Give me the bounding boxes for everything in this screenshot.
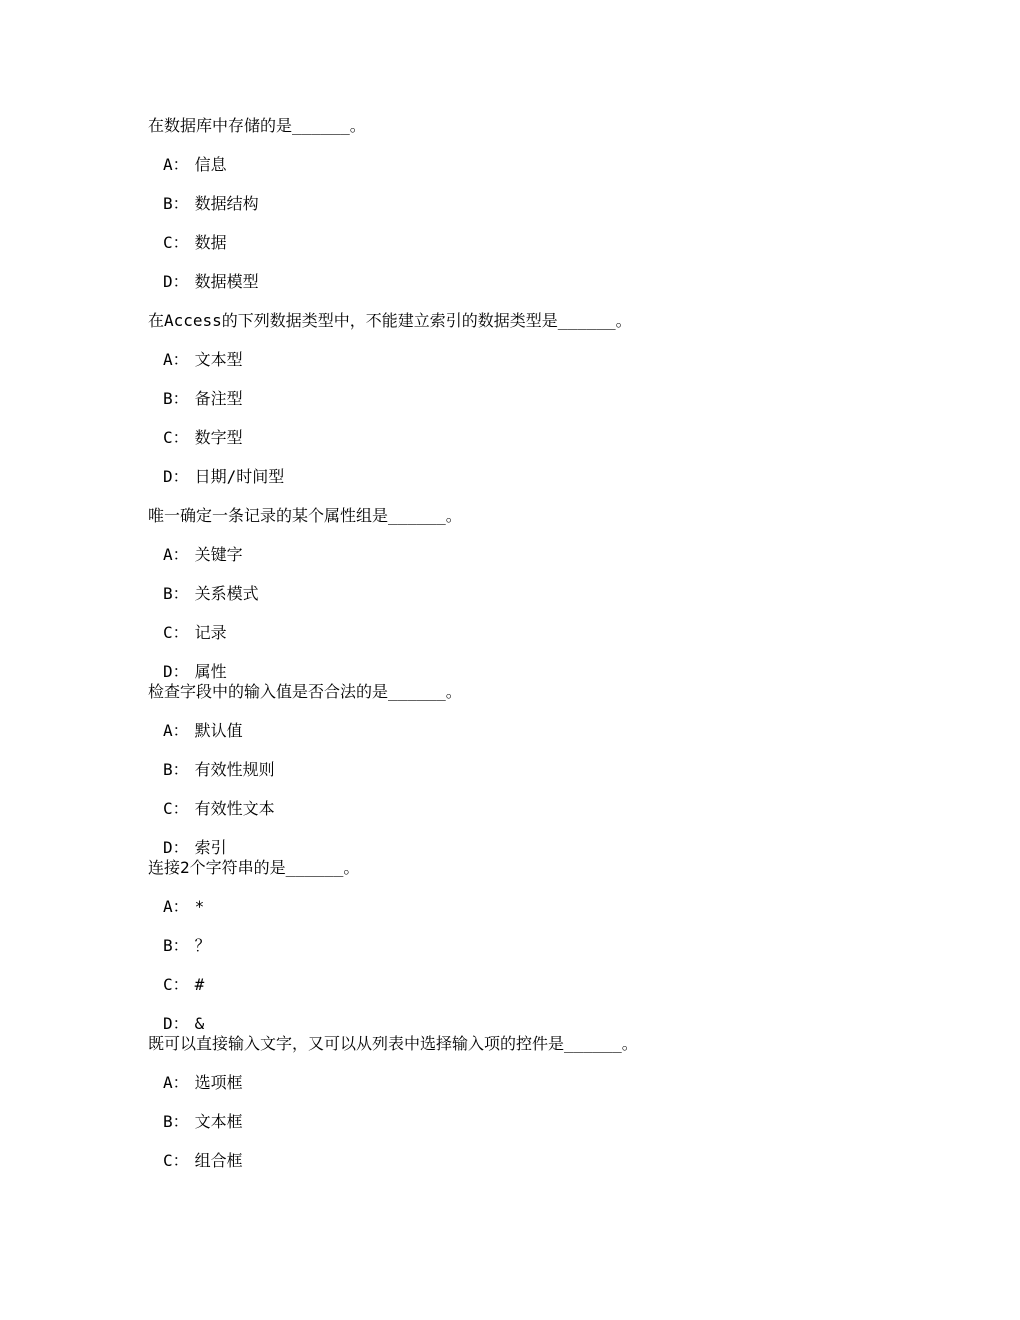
option-label: A： bbox=[163, 721, 189, 740]
option-label: B： bbox=[163, 194, 189, 213]
option-text: 关键字 bbox=[195, 545, 243, 564]
option-label: A： bbox=[163, 897, 189, 916]
option-text: 有效性规则 bbox=[195, 760, 275, 779]
answer-option: A：文本型 bbox=[148, 350, 990, 370]
option-label: C： bbox=[163, 1151, 189, 1170]
answer-option: B：有效性规则 bbox=[148, 760, 990, 780]
answer-option: D：& bbox=[148, 1014, 990, 1034]
option-text: 文本框 bbox=[195, 1112, 243, 1131]
answer-option: B：备注型 bbox=[148, 389, 990, 409]
option-label: B： bbox=[163, 1112, 189, 1131]
option-text: & bbox=[195, 1014, 205, 1033]
option-label: B： bbox=[163, 584, 189, 603]
answer-option: B：？ bbox=[148, 936, 990, 956]
question-text: 既可以直接输入文字，又可以从列表中选择输入项的控件是______。 bbox=[148, 1034, 990, 1054]
option-label: D： bbox=[163, 1014, 189, 1033]
answer-option: C：记录 bbox=[148, 623, 990, 643]
option-text: 关系模式 bbox=[195, 584, 259, 603]
answer-option: C：数字型 bbox=[148, 428, 990, 448]
option-label: A： bbox=[163, 155, 189, 174]
option-text: 数据模型 bbox=[195, 272, 259, 291]
option-text: 数字型 bbox=[195, 428, 243, 447]
option-label: D： bbox=[163, 272, 189, 291]
answer-option: B：文本框 bbox=[148, 1112, 990, 1132]
answer-option: C：数据 bbox=[148, 233, 990, 253]
option-label: A： bbox=[163, 350, 189, 369]
option-label: A： bbox=[163, 545, 189, 564]
answer-option: D：索引 bbox=[148, 838, 990, 858]
document-page: 在数据库中存储的是______。A：信息B：数据结构C：数据D：数据模型在Acc… bbox=[0, 0, 1020, 1320]
answer-option: A：信息 bbox=[148, 155, 990, 175]
option-text: * bbox=[195, 897, 205, 916]
answer-option: D：日期/时间型 bbox=[148, 467, 990, 487]
option-text: 信息 bbox=[195, 155, 227, 174]
option-text: 数据结构 bbox=[195, 194, 259, 213]
option-label: C： bbox=[163, 623, 189, 642]
answer-option: A：* bbox=[148, 897, 990, 917]
option-text: 数据 bbox=[195, 233, 227, 252]
option-text: # bbox=[195, 975, 205, 994]
question-text: 连接2个字符串的是______。 bbox=[148, 858, 990, 878]
answer-option: B：数据结构 bbox=[148, 194, 990, 214]
option-text: 选项框 bbox=[195, 1073, 243, 1092]
option-label: A： bbox=[163, 1073, 189, 1092]
answer-option: A：选项框 bbox=[148, 1073, 990, 1093]
option-text: 有效性文本 bbox=[195, 799, 275, 818]
answer-option: D：属性 bbox=[148, 662, 990, 682]
question-text: 唯一确定一条记录的某个属性组是______。 bbox=[148, 506, 990, 526]
option-label: D： bbox=[163, 662, 189, 681]
option-text: 记录 bbox=[195, 623, 227, 642]
option-text: 默认值 bbox=[195, 721, 243, 740]
answer-option: D：数据模型 bbox=[148, 272, 990, 292]
answer-option: C：组合框 bbox=[148, 1151, 990, 1171]
quiz-content: 在数据库中存储的是______。A：信息B：数据结构C：数据D：数据模型在Acc… bbox=[148, 116, 990, 1171]
option-text: 索引 bbox=[195, 838, 227, 857]
option-label: B： bbox=[163, 389, 189, 408]
answer-option: C：有效性文本 bbox=[148, 799, 990, 819]
option-label: B： bbox=[163, 936, 189, 955]
option-label: B： bbox=[163, 760, 189, 779]
option-text: 日期/时间型 bbox=[195, 467, 285, 486]
option-text: 属性 bbox=[195, 662, 227, 681]
option-text: ？ bbox=[195, 936, 211, 955]
option-label: C： bbox=[163, 799, 189, 818]
option-label: D： bbox=[163, 467, 189, 486]
option-label: C： bbox=[163, 975, 189, 994]
option-text: 文本型 bbox=[195, 350, 243, 369]
question-text: 在Access的下列数据类型中，不能建立索引的数据类型是______。 bbox=[148, 311, 990, 331]
answer-option: C：# bbox=[148, 975, 990, 995]
option-text: 备注型 bbox=[195, 389, 243, 408]
answer-option: A：默认值 bbox=[148, 721, 990, 741]
option-text: 组合框 bbox=[195, 1151, 243, 1170]
question-text: 在数据库中存储的是______。 bbox=[148, 116, 990, 136]
question-text: 检查字段中的输入值是否合法的是______。 bbox=[148, 682, 990, 702]
option-label: C： bbox=[163, 428, 189, 447]
answer-option: B：关系模式 bbox=[148, 584, 990, 604]
option-label: C： bbox=[163, 233, 189, 252]
answer-option: A：关键字 bbox=[148, 545, 990, 565]
option-label: D： bbox=[163, 838, 189, 857]
